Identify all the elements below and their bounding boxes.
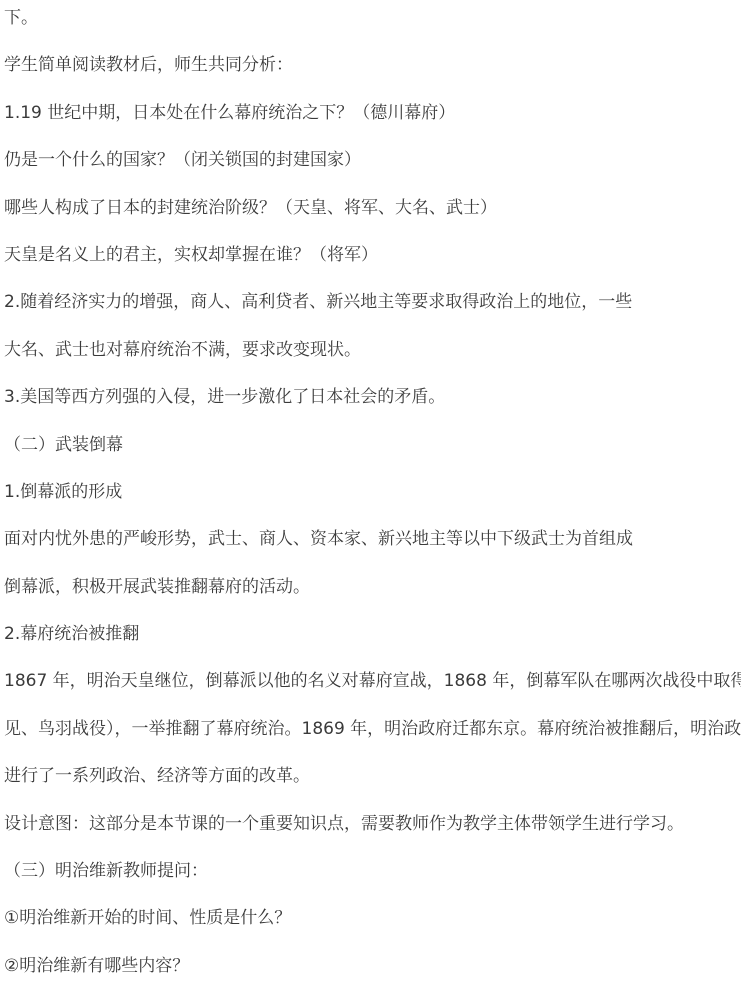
text-line: 哪些人构成了日本的封建统治阶级？（天皇、将军、大名、武士） bbox=[4, 185, 739, 232]
text-line: 2.幕府统治被推翻 bbox=[4, 611, 739, 658]
text-line: 1.19 世纪中期，日本处在什么幕府统治之下？（德川幕府） bbox=[4, 90, 739, 137]
text-line: 1867 年，明治天皇继位，倒幕派以他的名义对幕府宣战，1868 年，倒幕军队在… bbox=[4, 658, 739, 705]
text-line: 学生简单阅读教材后，师生共同分析： bbox=[4, 42, 739, 89]
text-line: ①明治维新开始的时间、性质是什么？ bbox=[4, 895, 739, 942]
text-line: 3.美国等西方列强的入侵，进一步激化了日本社会的矛盾。 bbox=[4, 374, 739, 421]
text-line: 见、鸟羽战役），一举推翻了幕府统治。1869 年，明治政府迁都东京。幕府统治被推… bbox=[4, 706, 739, 753]
text-line: 天皇是名义上的君主，实权却掌握在谁？（将军） bbox=[4, 232, 739, 279]
document-page: { "document": { "background_color": "#ff… bbox=[0, 0, 741, 983]
text-line: 大名、武士也对幕府统治不满，要求改变现状。 bbox=[4, 327, 739, 374]
text-line: 下。 bbox=[4, 0, 739, 42]
text-line: 面对内忧外患的严峻形势，武士、商人、资本家、新兴地主等以中下级武士为首组成 bbox=[4, 516, 739, 563]
text-line: 2.随着经济实力的增强，商人、高利贷者、新兴地主等要求取得政治上的地位，一些 bbox=[4, 279, 739, 326]
section-heading: （三）明治维新教师提问： bbox=[4, 848, 739, 895]
text-line: 进行了一系列政治、经济等方面的改革。 bbox=[4, 753, 739, 800]
section-heading: （二）武装倒幕 bbox=[4, 422, 739, 469]
text-line: ②明治维新有哪些内容？ bbox=[4, 943, 739, 983]
text-line: 1.倒幕派的形成 bbox=[4, 469, 739, 516]
text-line: 仍是一个什么的国家？（闭关锁国的封建国家） bbox=[4, 137, 739, 184]
text-line: 倒幕派，积极开展武装推翻幕府的活动。 bbox=[4, 564, 739, 611]
document-text-body: 下。 学生简单阅读教材后，师生共同分析： 1.19 世纪中期，日本处在什么幕府统… bbox=[0, 0, 741, 983]
text-line: 设计意图：这部分是本节课的一个重要知识点，需要教师作为教学主体带领学生进行学习。 bbox=[4, 801, 739, 848]
